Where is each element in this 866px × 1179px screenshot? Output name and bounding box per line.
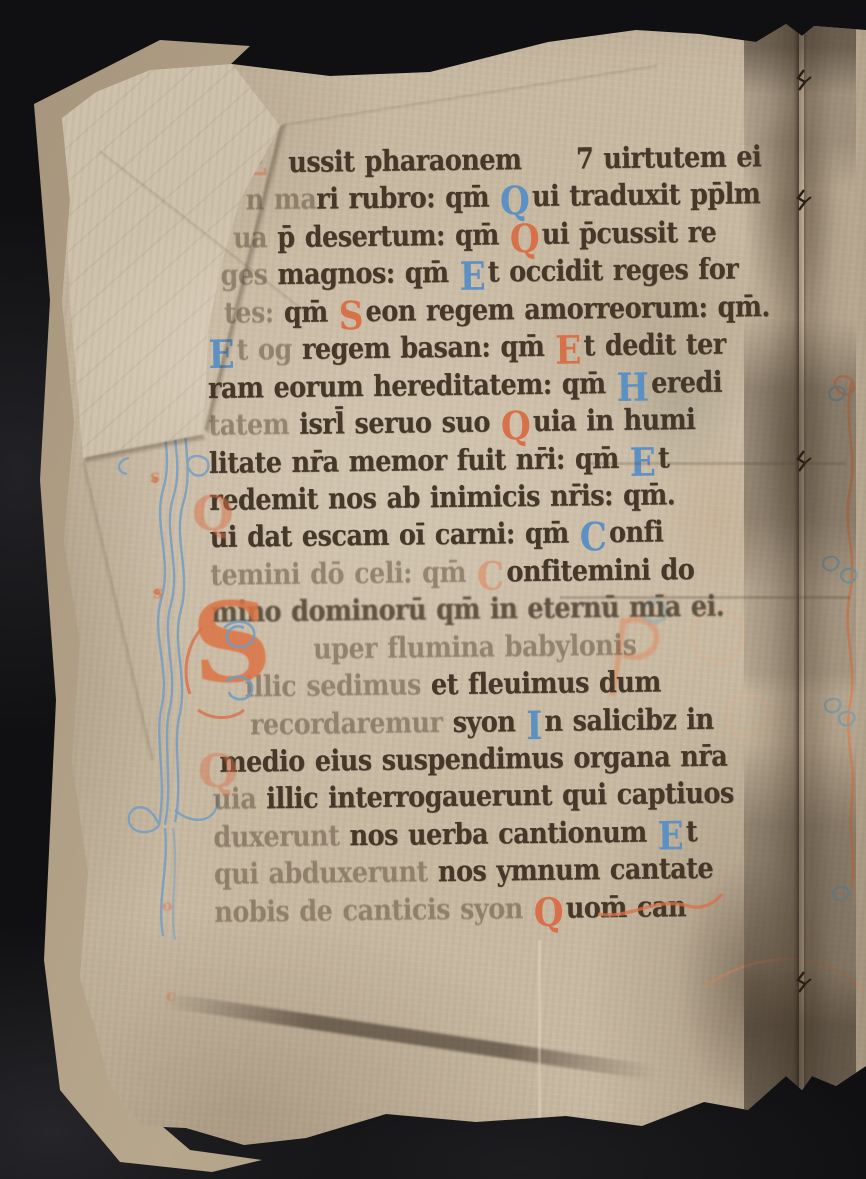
margin-initial: s	[150, 468, 160, 486]
text-segment: nos ymnum cantate	[438, 851, 714, 888]
line-text: uper flumina babylonis	[313, 627, 637, 665]
line-text: Et og regem basan: qm̄ Et dedit ter	[207, 327, 726, 367]
thread-stroke	[798, 70, 805, 90]
thread-stroke	[798, 451, 805, 471]
swash-stroke	[598, 894, 722, 915]
line-filler-swash	[592, 892, 728, 922]
text-segment: n salicibz in	[544, 701, 714, 737]
text-segment: t dedit ter	[583, 327, 726, 363]
text-segment: et fleuimus dum	[431, 665, 661, 702]
illuminated-initial: Q	[533, 889, 563, 935]
line-text: ua p̄ desertum: qm̄ Qui p̄cussit re	[233, 215, 717, 255]
drop-cap-red-flourish	[186, 628, 244, 718]
line-text: ram eorum hereditatem: qm̄ Heredi	[208, 364, 722, 404]
line-text: tes: qm̄ Seon regem amorreorum: qm̄.	[224, 289, 770, 330]
text-segment: ges	[220, 257, 277, 292]
text-segment: t	[658, 440, 670, 474]
margin-initial: Q	[198, 748, 238, 794]
text-segment: medio eius suspendimus organa nr̄a	[219, 739, 727, 779]
dark-crease	[161, 992, 658, 1081]
text-segment: ui p̄cussit re	[542, 215, 717, 251]
sewing-thread	[794, 970, 814, 998]
text-segment: litate nr̄a memor fuit nr̄i: qm̄	[209, 440, 629, 479]
text-segment: eon regem amorreorum: qm̄.	[365, 289, 770, 328]
line-text: medio eius suspendimus organa nr̄a	[219, 739, 727, 779]
line-text: tatem isrl̄ seruo suo Quia in humi	[208, 402, 695, 442]
line-text: uia illic interrogauerunt qui captiuos	[213, 776, 734, 816]
line-text: litate nr̄a memor fuit nr̄i: qm̄ Et	[209, 440, 670, 480]
sewing-thread	[794, 188, 814, 216]
text-segment: qm̄	[284, 294, 338, 329]
drop-cap-blue-curls	[224, 622, 254, 700]
margin-initial: c	[166, 988, 176, 1004]
margin-initial: Q	[192, 490, 234, 538]
text-segment: onfitemini do	[506, 552, 694, 588]
line-text: ussit pharaonem7 uirtutem ei	[288, 139, 761, 179]
text-segment: t occidit reges for	[488, 252, 739, 289]
text-segment: ram eorum hereditatem: qm̄	[208, 366, 616, 405]
text-segment: ui dat escam oı̄ carni: qm̄	[210, 516, 579, 555]
text-segment: eredi	[651, 364, 722, 399]
thread-stroke	[798, 190, 805, 210]
text-block: ussit pharaonem7 uirtutem ein mari rubro…	[205, 139, 755, 932]
text-segment: illic interrogauerunt qui captiuos	[266, 776, 734, 816]
thread-stroke	[805, 77, 811, 82]
line-text: n mari rubro: qm̄ Qui traduxit pp̄lm	[245, 177, 760, 217]
text-segment: n ma	[245, 182, 316, 217]
text-segment: ui traduxit pp̄lm	[532, 177, 761, 214]
manuscript-leaf: ussit pharaonem7 uirtutem ein mari rubro…	[0, 0, 866, 1179]
thread-stroke	[805, 979, 811, 984]
text-segment: uia in humi	[533, 402, 696, 438]
line-text: redemit nos ab inimicis nr̄is: qm̄.	[209, 477, 675, 517]
thread-stroke	[805, 458, 811, 463]
text-segment: t og	[236, 332, 302, 367]
text-segment: syon	[452, 704, 525, 739]
drop-cap-ornament	[182, 594, 312, 724]
text-segment: ussit pharaonem	[288, 142, 522, 179]
text-segment: qui abduxerunt	[214, 855, 438, 892]
text-segment: duxerunt	[213, 818, 350, 854]
line-text: ui dat escam oı̄ carni: qm̄ Confi	[210, 515, 664, 555]
thread-stroke	[798, 972, 805, 992]
penwork-red-dots	[152, 477, 160, 595]
text-segment: tes:	[224, 295, 284, 330]
manuscript-photograph: ussit pharaonem7 uirtutem ein mari rubro…	[0, 0, 866, 1179]
line-text: duxerunt nos uerba cantionum Et	[213, 814, 697, 854]
illuminated-initial-s: S	[182, 594, 312, 724]
text-segment: p̄ desertum: qm̄	[277, 217, 509, 254]
thread-stroke	[805, 197, 811, 202]
text-segment: ua	[233, 220, 278, 255]
manuscript-line: n mari rubro: qm̄ Qui traduxit pp̄lm	[205, 177, 745, 221]
margin-initial: o	[162, 898, 173, 914]
text-segment: t	[686, 814, 698, 848]
text-segment: onfi	[609, 515, 664, 550]
light-crease	[538, 940, 541, 1120]
sewing-thread	[794, 449, 814, 477]
text-segment: regem basan: qm̄	[302, 329, 555, 366]
line-text: qui abduxerunt nos ymnum cantate	[214, 851, 714, 891]
text-segment: redemit nos ab inimicis nr̄is: qm̄.	[209, 477, 675, 517]
text-segment: 7 uirtutem ei	[576, 139, 762, 175]
text-segment: uper flumina babylonis	[313, 627, 637, 665]
text-segment: ri rubro: qm̄	[316, 180, 499, 216]
line-text: recordaremur syon In salicibz in	[250, 701, 714, 741]
line-text: temini dō celi: qm̄ Confitemini do	[210, 552, 694, 592]
margin-initial: s	[153, 584, 163, 602]
sewing-thread	[794, 68, 814, 96]
text-segment: isrl̄ seruo suo	[299, 404, 500, 440]
text-segment: nos uerba cantionum	[349, 814, 657, 852]
text-segment: nobis de canticis syon	[214, 891, 533, 929]
text-segment: magnos: qm̄	[277, 255, 458, 291]
text-segment: tatem	[208, 407, 299, 442]
line-text: ges magnos: qm̄ Et occidit reges for	[220, 252, 738, 292]
